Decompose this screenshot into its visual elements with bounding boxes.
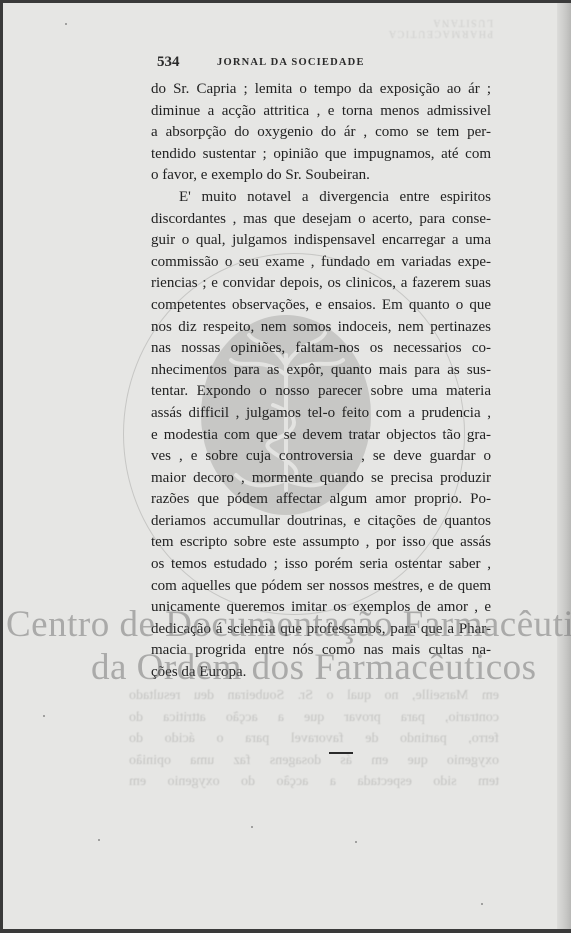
section-end-rule	[329, 752, 353, 754]
text-line: o favor, e exemplo do Sr. Soubeiran.	[151, 165, 491, 187]
text-line: a absorpção do oxygenio do ár , como se …	[151, 122, 491, 144]
text-line: riencias ; e convidar depois, os clinico…	[151, 273, 491, 295]
bleed-through-header: PHARMACEUTICA LUSITANA	[333, 17, 493, 39]
body-text: do Sr. Capria ; lemita o tempo da exposi…	[151, 79, 491, 684]
text-line: diminue a acção attritica , e torna meno…	[151, 101, 491, 123]
page-edge	[557, 3, 571, 929]
text-line: tentar. Expondo o nosso parecer sobre um…	[151, 381, 491, 403]
watermark-line-2: da Ordem dos Farmacêuticos	[91, 646, 571, 689]
text-line: discordantes , mas que desejam o acerto,…	[151, 209, 491, 231]
text-line: maior decoro , mormente quando se precis…	[151, 468, 491, 490]
paper-speck	[355, 841, 357, 843]
text-line: nas nossas opiniões, faltam-nos os neces…	[151, 338, 491, 360]
paper-speck	[98, 839, 100, 841]
text-line: guir o qual, julgamos indispensavel enca…	[151, 230, 491, 252]
paper-speck	[65, 23, 67, 25]
text-line: ves , e sobre cuja controversia , se dev…	[151, 446, 491, 468]
text-line: nos diz respeito, nem somos indoceis, ne…	[151, 317, 491, 339]
text-line: do Sr. Capria ; lemita o tempo da exposi…	[151, 79, 491, 101]
page-header: 534 JORNAL DA SOCIEDADE	[157, 56, 487, 74]
text-line: commissão o seu exame , fundado em varia…	[151, 252, 491, 274]
text-line: competentes observações, e ensaios. Em q…	[151, 295, 491, 317]
text-line: com aquelles que pódem ser nossos mestre…	[151, 576, 491, 598]
paper-speck	[251, 826, 253, 828]
text-line: tem escripto sobre este assumpto , por i…	[151, 532, 491, 554]
text-line: tendido sustentar ; opinião que impugnam…	[151, 144, 491, 166]
paper-speck	[481, 903, 483, 905]
bleed-through-text: em Marseille, no qual o Sr. Soubeiran de…	[129, 685, 499, 795]
paper-speck	[43, 715, 45, 717]
text-line: assás difficil , julgamos tel-o feito co…	[151, 403, 491, 425]
text-line: nhecimentos para as expôr, quanto mais p…	[151, 360, 491, 382]
scanned-page: PHARMACEUTICA LUSITANA em Marseille, no …	[3, 3, 571, 929]
text-line: deriamos accumullar doutrinas, e citaçõe…	[151, 511, 491, 533]
text-line: razões que pódem affectar algum amor pro…	[151, 489, 491, 511]
page-number: 534	[157, 54, 180, 71]
running-title: JORNAL DA SOCIEDADE	[217, 57, 365, 68]
text-line: E' muito notavel a divergencia entre esp…	[151, 187, 491, 209]
watermark-line-1: Centro de Documentação Farmacêutica	[6, 603, 571, 646]
text-line: os temos estudado ; isso porém seria ost…	[151, 554, 491, 576]
text-line: e modestia com que se devem tratar objec…	[151, 425, 491, 447]
